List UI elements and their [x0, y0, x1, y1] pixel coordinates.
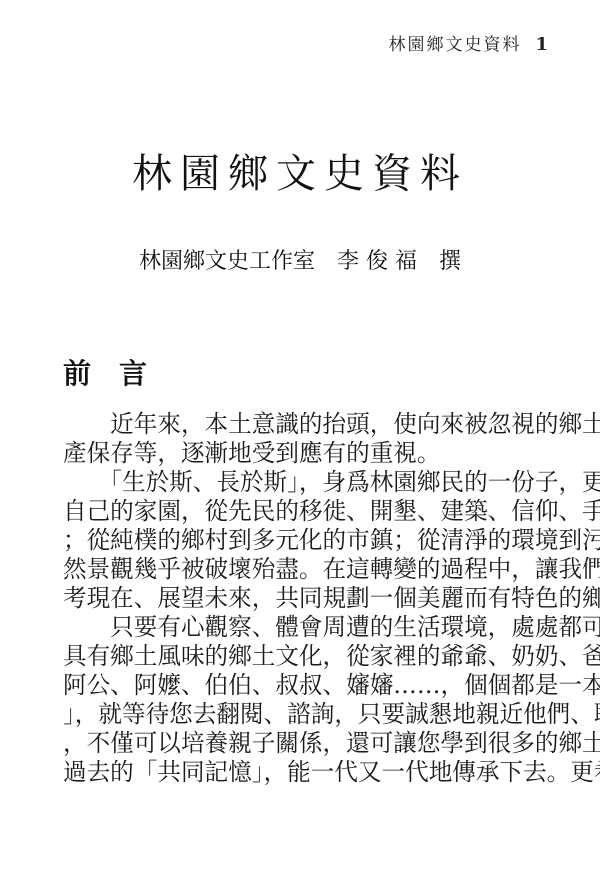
- section-heading-preface: 前 言: [63, 352, 147, 392]
- body-line: 考現在、展望未來，共同規劃一個美麗而有特色的鄉園。: [63, 584, 543, 613]
- body-line: ，不僅可以培養親子關係，還可讓您學到很多的鄉土文化哦！但願這些: [63, 729, 543, 758]
- page-number: 1: [535, 34, 548, 55]
- body-line: 然景觀幾乎被破壞殆盡。在這轉變的過程中，讓我們共同瞻仰過去、思: [63, 555, 543, 584]
- preface-body: 近年來，本土意識的抬頭，使向來被忽視的鄉土文化、地方文化資 產保存等，逐漸地受到…: [63, 410, 543, 787]
- body-line: 」，就等待您去翻閱、諮詢，只要誠懇地親近他們、聆聽他們「講古」: [63, 700, 543, 729]
- body-line: 具有鄉土風味的鄉土文化，從家裡的爺爺、奶奶、爸爸、媽媽、隔壁的: [63, 642, 543, 671]
- running-header: 林園鄉文史資料 1: [388, 30, 548, 55]
- body-line: 自己的家園，從先民的移徙、開墾、建築、信仰、手藝、到目前的產業: [63, 497, 543, 526]
- running-header-title: 林園鄉文史資料: [388, 30, 521, 55]
- body-line: 阿公、阿嬤、伯伯、叔叔、嬸嬸……，個個都是一本很好的「鄉土字典: [63, 671, 543, 700]
- author-byline: 林園鄉文史工作室 李 俊 福 撰: [0, 244, 600, 275]
- body-line: 近年來，本土意識的抬頭，使向來被忽視的鄉土文化、地方文化資: [63, 410, 543, 439]
- body-line: ；從純樸的鄉村到多元化的市鎮；從清淨的環境到污染工業的設立，自: [63, 526, 543, 555]
- body-line: 過去的「共同記憶」，能一代又一代地傳承下去。更希望灌注了對鄉土: [63, 758, 543, 787]
- body-line: 只要有心觀察、體會周遭的生活環境，處處都可以看到、嗅到很多: [63, 613, 543, 642]
- body-line: 產保存等，逐漸地受到應有的重視。: [63, 439, 543, 468]
- document-title: 林園鄉文史資料: [0, 142, 600, 199]
- body-line: 「生於斯、長於斯」，身爲林園鄉民的一份子，更應該好好地認識: [63, 468, 543, 497]
